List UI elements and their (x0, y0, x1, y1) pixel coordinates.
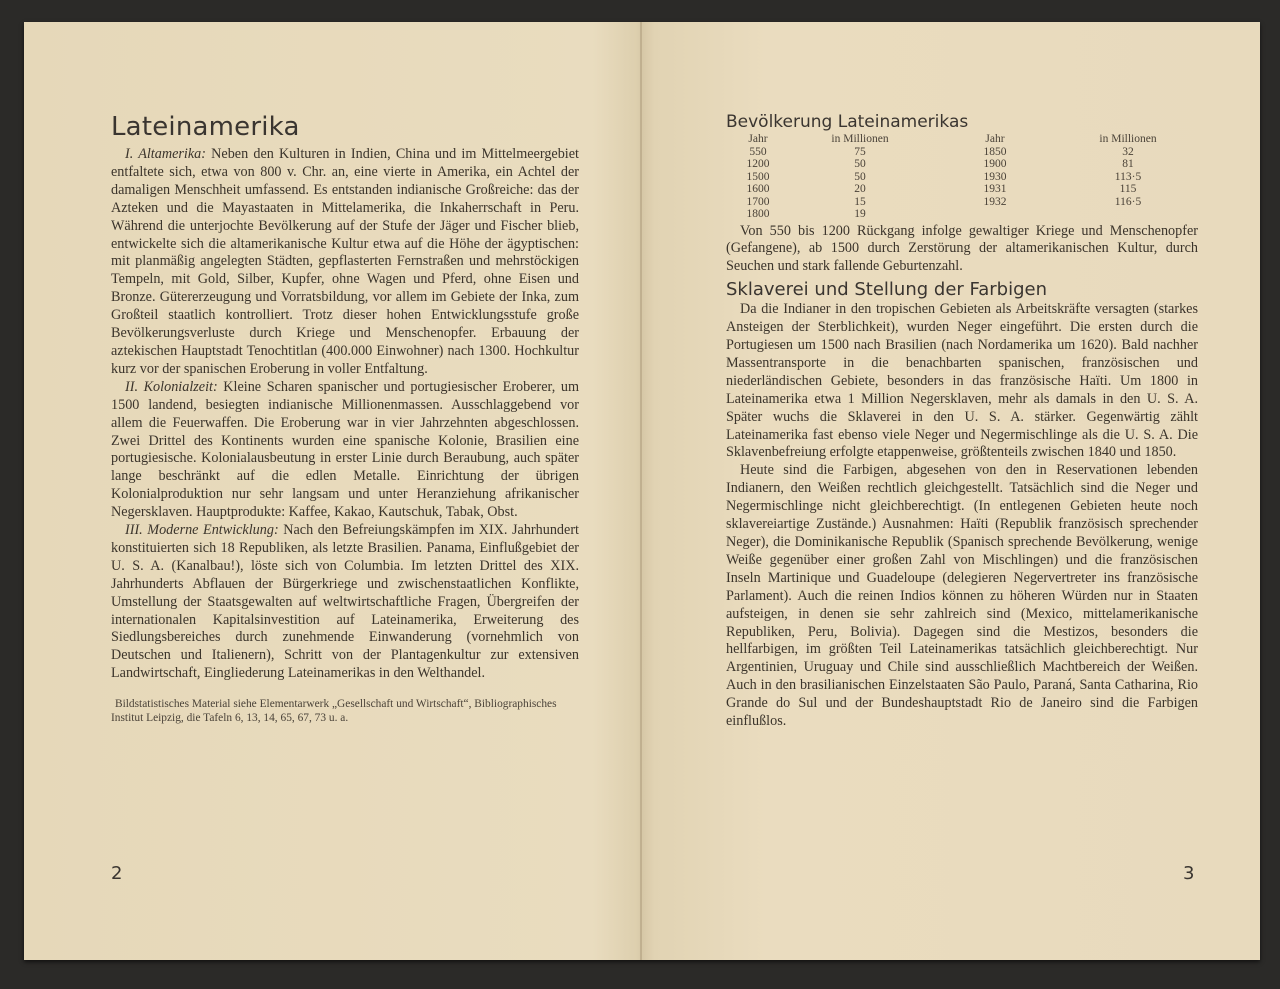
left-text-column: I. Altamerika: Neben den Kulturen in Ind… (111, 146, 579, 725)
section-lead: III. Moderne Entwicklung: (125, 522, 279, 538)
page-number: 2 (111, 863, 122, 884)
table-cell: 20 (790, 183, 930, 196)
table-header-row: Jahr in Millionen Jahr in Millionen (726, 133, 1196, 146)
section-altamerika: I. Altamerika: Neben den Kulturen in Ind… (111, 146, 579, 379)
page-title: Lateinamerika (111, 112, 300, 142)
section-moderne-entwicklung: III. Moderne Entwicklung: Nach den Befre… (111, 522, 579, 683)
table-row: 1800 19 (726, 208, 1196, 221)
table-note: Von 550 bis 1200 Rückgang infolge gewalt… (726, 223, 1198, 277)
table-row: 1700 15 1932 116·5 (726, 196, 1196, 209)
table-cell: 1932 (930, 196, 1060, 209)
table-cell: 1900 (930, 158, 1060, 171)
page-number: 3 (1183, 863, 1194, 884)
right-page: Bevölkerung Lateinamerikas Jahr in Milli… (643, 22, 1260, 960)
table-cell (1060, 208, 1196, 221)
column-header: Jahr (726, 133, 790, 146)
section-kolonialzeit: II. Kolonialzeit: Kleine Scharen spanisc… (111, 379, 579, 522)
table-cell: 113·5 (1060, 171, 1196, 184)
paragraph: Heute sind die Farbigen, abgesehen von d… (726, 462, 1198, 731)
column-header: Jahr (930, 133, 1060, 146)
table-row: 1500 50 1930 113·5 (726, 171, 1196, 184)
left-page: Lateinamerika I. Altamerika: Neben den K… (24, 22, 641, 960)
table-cell: 32 (1060, 146, 1196, 159)
table-row: 550 75 1850 32 (726, 146, 1196, 159)
table-cell: 1850 (930, 146, 1060, 159)
table-row: 1600 20 1931 115 (726, 183, 1196, 196)
table-cell: 1200 (726, 158, 790, 171)
section-text: Nach den Befreiungskämpfen im XIX. Jahrh… (111, 522, 579, 681)
table-cell: 1500 (726, 171, 790, 184)
book-spread: Lateinamerika I. Altamerika: Neben den K… (24, 22, 1260, 960)
table-cell: 116·5 (1060, 196, 1196, 209)
population-table-title: Bevölkerung Lateinamerikas (726, 112, 1198, 132)
table-cell: 50 (790, 158, 930, 171)
table-cell: 1800 (726, 208, 790, 221)
table-cell: 1931 (930, 183, 1060, 196)
table-cell: 115 (1060, 183, 1196, 196)
table-cell: 15 (790, 196, 930, 209)
section-lead: I. Altamerika: (125, 146, 206, 162)
table-cell: 50 (790, 171, 930, 184)
footnote: Bildstatistisches Material siehe Element… (111, 697, 579, 725)
column-header: in Millionen (790, 133, 930, 146)
right-text-column: Bevölkerung Lateinamerikas Jahr in Milli… (726, 112, 1198, 731)
table-row: 1200 50 1900 81 (726, 158, 1196, 171)
column-header: in Millionen (1060, 133, 1196, 146)
table-cell: 81 (1060, 158, 1196, 171)
section-lead: II. Kolonialzeit: (125, 379, 218, 395)
population-table: Jahr in Millionen Jahr in Millionen 550 … (726, 133, 1196, 221)
table-cell: 75 (790, 146, 930, 159)
table-cell: 1600 (726, 183, 790, 196)
section-title: Sklaverei und Stellung der Farbigen (726, 280, 1198, 300)
table-cell: 1930 (930, 171, 1060, 184)
section-text: Kleine Scharen spanischer und portugiesi… (111, 379, 579, 520)
table-cell: 19 (790, 208, 930, 221)
table-cell: 550 (726, 146, 790, 159)
section-text: Neben den Kulturen in Indien, China und … (111, 146, 579, 377)
table-cell (930, 208, 1060, 221)
table-cell: 1700 (726, 196, 790, 209)
paragraph: Da die Indianer in den tropischen Gebiet… (726, 301, 1198, 462)
